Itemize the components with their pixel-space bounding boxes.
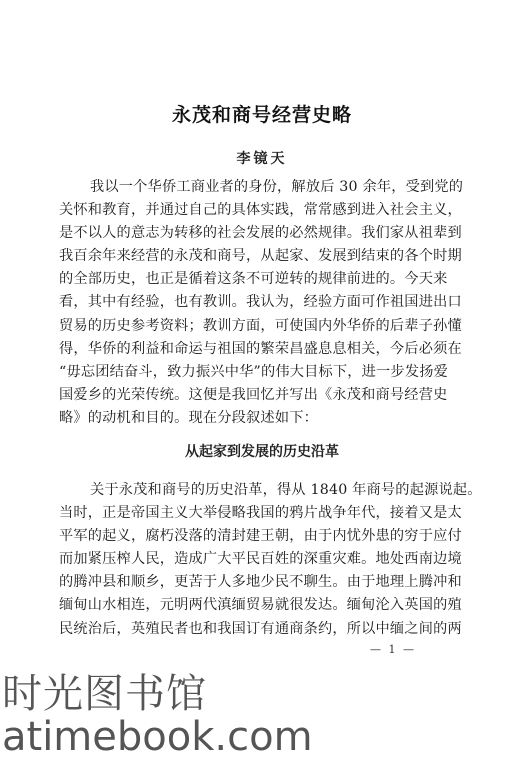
document-page: 永茂和商号经营史略 李镜天 我以一个华侨工商业者的身份，解放后 30 余年，受到… — [0, 0, 524, 768]
page-number: — 1 — — [370, 643, 416, 656]
section-paragraph: 关于永茂和商号的历史沿革，得从 1840 年商号的起源说起。 当时，正是帝国主义… — [59, 479, 454, 641]
watermark-url: atimebook.com — [2, 714, 313, 760]
text-line: 的全部历史，也正是循着这条不可逆转的规律前进的。今天来 — [59, 268, 454, 291]
text-line: 得，华侨的利益和命运与祖国的繁荣昌盛息息相关，今后必须在 — [59, 338, 454, 361]
text-line: 略》的动机和目的。现在分段叙述如下： — [59, 407, 454, 430]
article-author: 李镜天 — [0, 148, 524, 168]
text-line: 国爱乡的光荣传统。这便是我回忆并写出《永茂和商号经营史 — [59, 384, 454, 407]
text-line: 关于永茂和商号的历史沿革，得从 1840 年商号的起源说起。 — [59, 479, 454, 502]
text-line: 民统治后，英殖民者也和我国订有通商条约，所以中缅之间的两 — [59, 618, 454, 641]
text-line: 当时，正是帝国主义大举侵略我国的鸦片战争年代，接着又是太 — [59, 502, 454, 525]
text-line: 是不以人的意志为转移的社会发展的必然规律。我们家从祖辈到 — [59, 222, 454, 245]
text-line: 关怀和教育，并通过自己的具体实践，常常感到进入社会主义， — [59, 199, 454, 222]
section-heading: 从起家到发展的历史沿革 — [0, 441, 524, 461]
watermark-title: 时光图书馆 — [2, 662, 207, 719]
text-line: 我百余年来经营的永茂和商号，从起家、发展到结束的各个时期 — [59, 245, 454, 268]
intro-paragraph: 我以一个华侨工商业者的身份，解放后 30 余年，受到党的 关怀和教育，并通过自己… — [59, 176, 454, 430]
text-line: 看，其中有经验，也有教训。我认为，经验方面可作祖国进出口 — [59, 291, 454, 314]
text-line: 平军的起义，腐朽没落的清封建王朝，由于内忧外患的穷于应付 — [59, 525, 454, 548]
text-line: 缅甸山水相连，元明两代滇缅贸易就很发达。缅甸沦入英国的殖 — [59, 594, 454, 617]
text-line: 而加紧压榨人民，造成广大平民百姓的深重灾难。地处西南边境 — [59, 548, 454, 571]
article-title: 永茂和商号经营史略 — [0, 100, 524, 127]
text-line: 我以一个华侨工商业者的身份，解放后 30 余年，受到党的 — [59, 176, 454, 199]
text-line: “毋忘团结奋斗，致力振兴中华”的伟大目标下，进一步发扬爱 — [59, 361, 454, 384]
text-line: 贸易的历史参考资料；教训方面，可使国内外华侨的后辈子孙懂 — [59, 315, 454, 338]
text-line: 的腾冲县和顺乡，更苦于人多地少民不聊生。由于地理上腾冲和 — [59, 571, 454, 594]
